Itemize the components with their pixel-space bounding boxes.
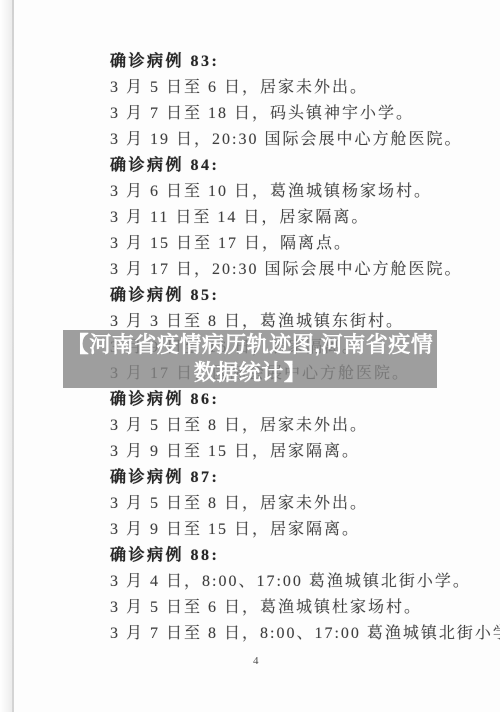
case-heading: 确诊病例 88:: [110, 543, 486, 569]
scanned-document-page: 确诊病例 83: 3 月 5 日至 6 日，居家未外出。 3 月 7 日至 18…: [0, 0, 500, 712]
case-heading: 确诊病例 84:: [110, 153, 486, 179]
trajectory-line: 3 月 5 日至 6 日，居家未外出。: [110, 75, 486, 101]
case-section: 确诊病例 83: 3 月 5 日至 6 日，居家未外出。 3 月 7 日至 18…: [110, 49, 486, 153]
watermark-title-line-1: 【河南省疫情病历轨迹图,河南省疫情: [67, 331, 434, 359]
trajectory-line: 3 月 7 日至 18 日，码头镇神宇小学。: [110, 101, 486, 127]
trajectory-line: 3 月 5 日至 8 日，居家未外出。: [110, 413, 486, 439]
case-heading: 确诊病例 83:: [110, 49, 486, 75]
watermark-overlay-band: 【河南省疫情病历轨迹图,河南省疫情 数据统计】: [63, 330, 437, 388]
trajectory-line: 3 月 7 日至 8 日，8:00、17:00 葛渔城镇北街小学。: [110, 621, 486, 647]
scan-edge-line: [12, 0, 14, 712]
case-heading: 确诊病例 87:: [110, 465, 486, 491]
scan-edge-shading: [0, 0, 12, 712]
case-section: 确诊病例 86: 3 月 5 日至 8 日，居家未外出。 3 月 9 日至 15…: [110, 387, 486, 465]
trajectory-line: 3 月 5 日至 6 日，葛渔城镇杜家场村。: [110, 595, 486, 621]
trajectory-line: 3 月 19 日，20:30 国际会展中心方舱医院。: [110, 127, 486, 153]
trajectory-line: 3 月 15 日至 17 日，隔离点。: [110, 231, 486, 257]
trajectory-line: 3 月 9 日至 15 日，居家隔离。: [110, 517, 486, 543]
case-section: 确诊病例 87: 3 月 5 日至 8 日，居家未外出。 3 月 9 日至 15…: [110, 465, 486, 543]
case-heading: 确诊病例 86:: [110, 387, 486, 413]
trajectory-line: 3 月 6 日至 10 日，葛渔城镇杨家场村。: [110, 179, 486, 205]
trajectory-line: 3 月 5 日至 8 日，居家未外出。: [110, 491, 486, 517]
trajectory-line: 3 月 17 日，20:30 国际会展中心方舱医院。: [110, 257, 486, 283]
trajectory-line: 3 月 4 日，8:00、17:00 葛渔城镇北街小学。: [110, 569, 486, 595]
page-number: 4: [253, 655, 259, 667]
trajectory-line: 3 月 9 日至 15 日，居家隔离。: [110, 439, 486, 465]
watermark-title-line-2: 数据统计】: [194, 359, 307, 387]
trajectory-line: 3 月 11 日至 14 日，居家隔离。: [110, 205, 486, 231]
case-section: 确诊病例 88: 3 月 4 日，8:00、17:00 葛渔城镇北街小学。 3 …: [110, 543, 486, 647]
case-section: 确诊病例 84: 3 月 6 日至 10 日，葛渔城镇杨家场村。 3 月 11 …: [110, 153, 486, 283]
case-heading: 确诊病例 85:: [110, 283, 486, 309]
